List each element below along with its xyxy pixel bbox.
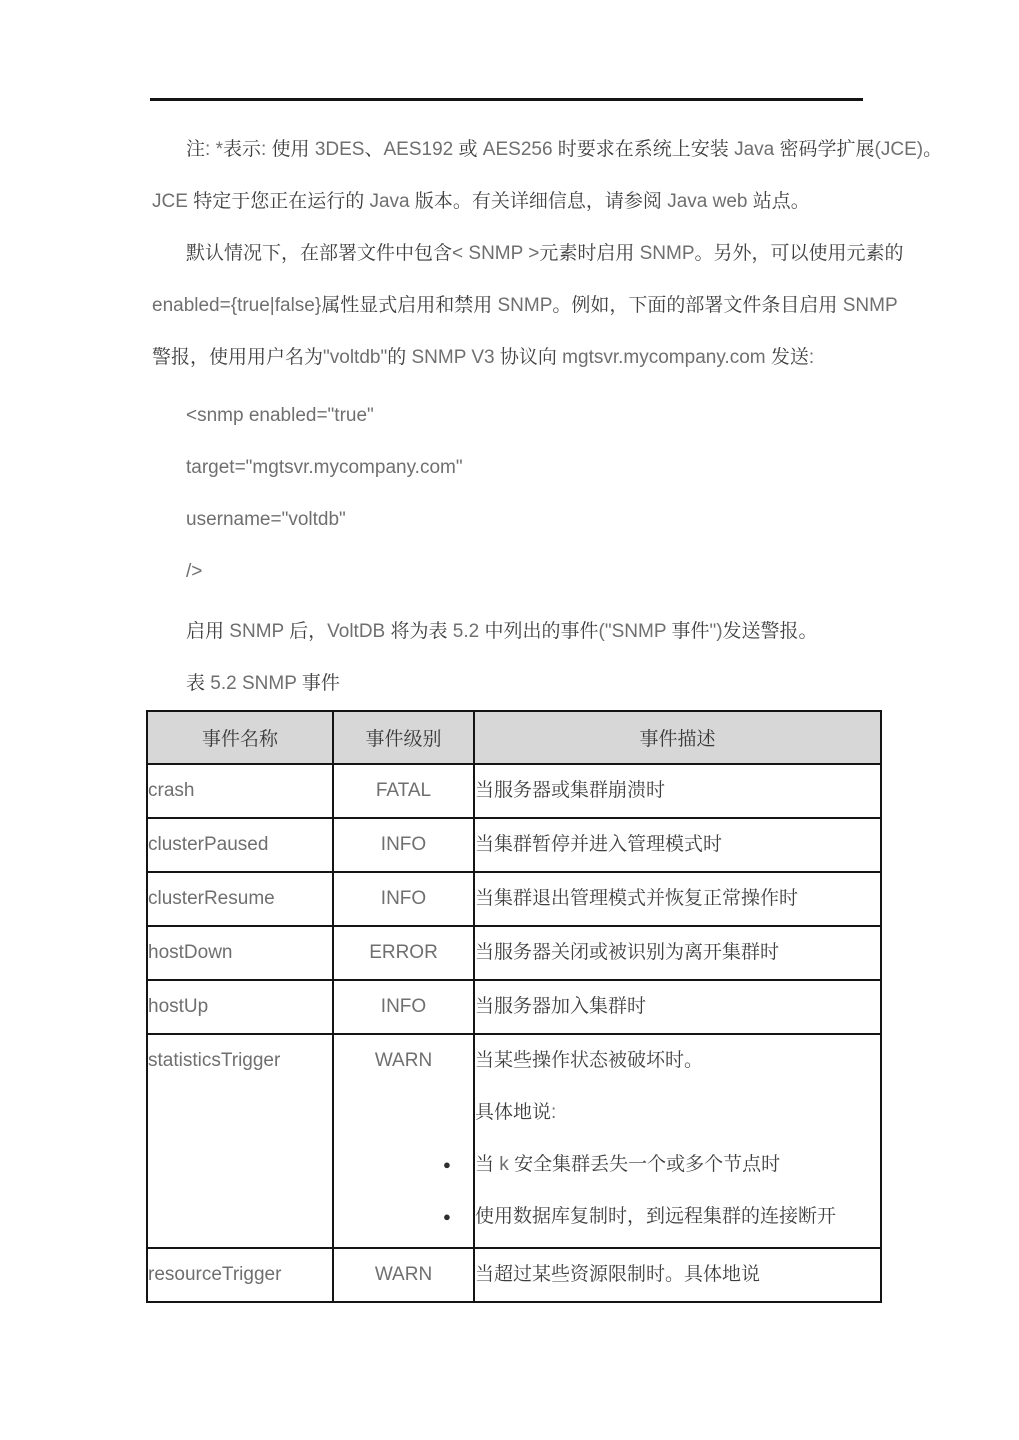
header-rule — [150, 98, 863, 101]
table-row-resourceTrigger: resourceTriggerWARN当超过某些资源限制时。具体地说 — [147, 1248, 881, 1302]
latin-text: INFO — [381, 888, 426, 909]
latin-text: clusterResume — [148, 888, 275, 909]
latin-text: AES192 — [384, 139, 459, 160]
latin-text: statisticsTrigger — [148, 1050, 280, 1071]
desc-text: 当集群退出管理模式并恢复正常操作时 — [475, 888, 798, 909]
latin-text: resourceTrigger — [148, 1264, 281, 1285]
event-level-cell: ERROR — [333, 926, 474, 980]
table-row-hostUp: hostUpINFO当服务器加入集群时 — [147, 980, 881, 1034]
event-name-cell: clusterResume — [147, 872, 333, 926]
desc-line: 当超过某些资源限制时。具体地说 — [475, 1249, 880, 1301]
desc-line: 当服务器加入集群时 — [475, 981, 880, 1033]
snmp-events-table: 事件名称事件级别事件描述 crashFATAL当服务器或集群崩溃时cluster… — [146, 710, 882, 1303]
paragraph-line: 默认情况下，在部署文件中包含< SNMP >元素时启用 SNMP。另外，可以使用… — [152, 228, 922, 280]
code-line: <snmp enabled="true" — [152, 390, 922, 442]
latin-text: SNMP V3 — [406, 347, 500, 368]
desc-text: 当集群暂停并进入管理模式时 — [475, 834, 722, 855]
latin-text: : * — [205, 139, 223, 160]
event-name-cell: crash — [147, 764, 333, 818]
desc-text: 当 k 安全集群丢失一个或多个节点时 — [475, 1154, 780, 1175]
event-desc-cell: 当某些操作状态被破坏时。具体地说:●当 k 安全集群丢失一个或多个节点时●使用数… — [474, 1034, 881, 1248]
table-header-row: 事件名称事件级别事件描述 — [147, 711, 881, 764]
code-line: /> — [152, 546, 922, 598]
latin-text: hostDown — [148, 942, 233, 963]
latin-text: 3DES — [310, 139, 365, 160]
latin-text: WARN — [375, 1050, 432, 1071]
latin-text: ") — [709, 621, 722, 642]
latin-text: k — [494, 1154, 514, 1175]
table-row-statisticsTrigger: statisticsTriggerWARN当某些操作状态被破坏时。具体地说:●当… — [147, 1034, 881, 1248]
event-desc-cell: 当服务器或集群崩溃时 — [474, 764, 881, 818]
latin-text: crash — [148, 780, 194, 801]
latin-text: Java — [729, 139, 780, 160]
latin-text: SNMP — [492, 295, 552, 316]
event-name-cell: clusterPaused — [147, 818, 333, 872]
latin-text: SNMP — [837, 295, 897, 316]
latin-text: 5.2 SNMP — [205, 673, 302, 694]
latin-text: Java — [364, 191, 415, 212]
paragraph-line: JCE 特定于您正在运行的 Java 版本。有关详细信息，请参阅 Java we… — [152, 176, 922, 228]
latin-text: : — [261, 139, 272, 160]
column-header-name-col: 事件名称 — [147, 711, 333, 764]
desc-text: 当服务器加入集群时 — [475, 996, 646, 1017]
desc-text: 当服务器或集群崩溃时 — [475, 780, 665, 801]
desc-line: 当某些操作状态被破坏时。 — [475, 1035, 880, 1087]
desc-line: 当集群暂停并进入管理模式时 — [475, 819, 880, 871]
event-level-cell: FATAL — [333, 764, 474, 818]
desc-line: 当服务器或集群崩溃时 — [475, 765, 880, 817]
event-desc-cell: 当集群退出管理模式并恢复正常操作时 — [474, 872, 881, 926]
latin-text: WARN — [375, 1264, 432, 1285]
desc-line: ●使用数据库复制时，到远程集群的连接断开 — [475, 1191, 880, 1243]
latin-text: hostUp — [148, 996, 208, 1017]
paragraphs-section: 注: *表示: 使用 3DES、AES192 或 AES256 时要求在系统上安… — [152, 124, 922, 658]
latin-text: ("SNMP — [599, 621, 672, 642]
event-level-cell: INFO — [333, 980, 474, 1034]
table-body: crashFATAL当服务器或集群崩溃时clusterPausedINFO当集群… — [147, 764, 881, 1302]
latin-text: target="mgtsvr.mycompany.com" — [186, 457, 463, 478]
event-desc-cell: 当超过某些资源限制时。具体地说 — [474, 1248, 881, 1302]
paragraph-line: 注: *表示: 使用 3DES、AES192 或 AES256 时要求在系统上安… — [152, 124, 922, 176]
document-content: 注: *表示: 使用 3DES、AES192 或 AES256 时要求在系统上安… — [152, 124, 922, 1303]
bullet-icon: ● — [443, 1191, 451, 1243]
paragraph-line: 警报，使用用户名为"voltdb"的 SNMP V3 协议向 mgtsvr.my… — [152, 332, 922, 384]
bullet-icon: ● — [443, 1139, 451, 1191]
latin-text: SNMP — [634, 243, 694, 264]
desc-text: 使用数据库复制时，到远程集群的连接断开 — [475, 1206, 836, 1227]
latin-text: FATAL — [376, 780, 431, 801]
latin-text: INFO — [381, 834, 426, 855]
event-level-cell: WARN — [333, 1034, 474, 1248]
desc-text: 具体地说: — [475, 1102, 556, 1123]
table-row-clusterPaused: clusterPausedINFO当集群暂停并进入管理模式时 — [147, 818, 881, 872]
latin-text: VoltDB — [327, 621, 390, 642]
latin-text: 5.2 — [448, 621, 485, 642]
desc-line: 具体地说: — [475, 1087, 880, 1139]
latin-text: Java web — [662, 191, 753, 212]
event-name-cell: hostUp — [147, 980, 333, 1034]
event-name-cell: resourceTrigger — [147, 1248, 333, 1302]
latin-text: <snmp enabled="true" — [186, 405, 374, 426]
latin-text: INFO — [381, 996, 426, 1017]
latin-text: ERROR — [369, 942, 438, 963]
latin-text: SNMP — [224, 621, 289, 642]
event-desc-cell: 当服务器加入集群时 — [474, 980, 881, 1034]
desc-text: 当某些操作状态被破坏时。 — [475, 1050, 703, 1071]
latin-text: "voltdb" — [323, 347, 387, 368]
event-desc-cell: 当集群暂停并进入管理模式时 — [474, 818, 881, 872]
paragraph-line: 启用 SNMP 后，VoltDB 将为表 5.2 中列出的事件("SNMP 事件… — [152, 606, 922, 658]
table-header: 事件名称事件级别事件描述 — [147, 711, 881, 764]
desc-text: 当服务器关闭或被识别为离开集群时 — [475, 942, 779, 963]
desc-text: 当超过某些资源限制时。具体地说 — [475, 1264, 760, 1285]
desc-line: 当集群退出管理模式并恢复正常操作时 — [475, 873, 880, 925]
table-row-clusterResume: clusterResumeINFO当集群退出管理模式并恢复正常操作时 — [147, 872, 881, 926]
event-level-cell: INFO — [333, 872, 474, 926]
event-level-cell: WARN — [333, 1248, 474, 1302]
event-name-cell: statisticsTrigger — [147, 1034, 333, 1248]
desc-line: 当服务器关闭或被识别为离开集群时 — [475, 927, 880, 979]
latin-text: JCE — [152, 191, 193, 212]
column-header-desc-col: 事件描述 — [474, 711, 881, 764]
latin-text: username="voltdb" — [186, 509, 346, 530]
latin-text: : — [809, 347, 814, 368]
column-header-level-col: 事件级别 — [333, 711, 474, 764]
document-page: 注: *表示: 使用 3DES、AES192 或 AES256 时要求在系统上安… — [0, 0, 1019, 1440]
latin-text: enabled={true|false} — [152, 295, 321, 316]
event-level-cell: INFO — [333, 818, 474, 872]
latin-text: /> — [186, 561, 202, 582]
table-row-hostDown: hostDownERROR当服务器关闭或被识别为离开集群时 — [147, 926, 881, 980]
latin-text: (JCE) — [875, 139, 924, 160]
latin-text: < SNMP > — [452, 243, 539, 264]
latin-text: AES256 — [478, 139, 558, 160]
paragraph-line: enabled={true|false}属性显式启用和禁用 SNMP。例如，下面… — [152, 280, 922, 332]
event-desc-cell: 当服务器关闭或被识别为离开集群时 — [474, 926, 881, 980]
code-line: username="voltdb" — [152, 494, 922, 546]
table-caption: 表 5.2 SNMP 事件 — [152, 658, 922, 710]
event-name-cell: hostDown — [147, 926, 333, 980]
table-row-crash: crashFATAL当服务器或集群崩溃时 — [147, 764, 881, 818]
latin-text: : — [551, 1102, 556, 1123]
latin-text: clusterPaused — [148, 834, 268, 855]
code-line: target="mgtsvr.mycompany.com" — [152, 442, 922, 494]
latin-text: mgtsvr.mycompany.com — [557, 347, 771, 368]
desc-line: ●当 k 安全集群丢失一个或多个节点时 — [475, 1139, 880, 1191]
